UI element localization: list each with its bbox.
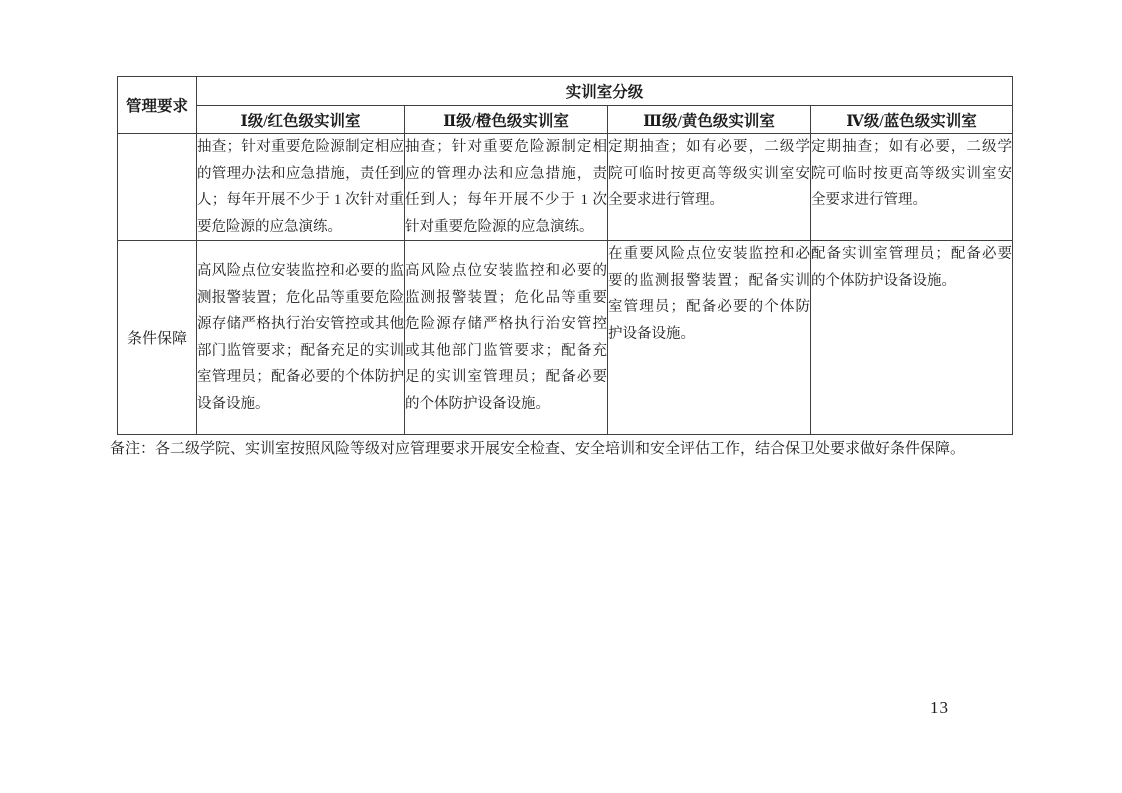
header-row-columns: Ⅰ级/红色级实训室 Ⅱ级/橙色级实训室 Ⅲ级/黄色级实训室 Ⅳ级/蓝色级实训室 [118, 106, 1013, 134]
cell-condition-grade-4: 配备实训室管理员；配备必要的个体防护设备设施。 [811, 241, 1013, 435]
training-room-grading-table: 管理要求 实训室分级 Ⅰ级/红色级实训室 Ⅱ级/橙色级实训室 Ⅲ级/黄色级实训室… [117, 76, 1013, 435]
cell-inspection-grade-4: 定期抽查；如有必要，二级学院可临时按更高等级实训室安全要求进行管理。 [811, 134, 1013, 241]
cell-inspection-grade-3: 定期抽查；如有必要，二级学院可临时按更高等级实训室安全要求进行管理。 [608, 134, 811, 241]
table-row-condition-support: 条件保障 高风险点位安装监控和必要的监测报警装置；危化品等重要危险源存储严格执行… [118, 241, 1013, 435]
header-row-group: 管理要求 实训室分级 [118, 77, 1013, 106]
corner-header-management-requirements: 管理要求 [118, 77, 197, 134]
table-row-inspection: 抽查；针对重要危险源制定相应的管理办法和应急措施，责任到人；每年开展不少于 1 … [118, 134, 1013, 241]
column-header-grade-3-yellow: Ⅲ级/黄色级实训室 [608, 106, 811, 134]
cell-condition-grade-2: 高风险点位安装监控和必要的监测报警装置；危化品等重要危险源存储严格执行治安管控或… [405, 241, 608, 435]
footnote-remark: 备注：各二级学院、实训室按照风险等级对应管理要求开展安全检查、安全培训和安全评估… [110, 437, 1022, 461]
cell-inspection-grade-1: 抽查；针对重要危险源制定相应的管理办法和应急措施，责任到人；每年开展不少于 1 … [197, 134, 405, 241]
page-number: 13 [930, 698, 949, 718]
column-header-grade-1-red: Ⅰ级/红色级实训室 [197, 106, 405, 134]
row-label-empty [118, 134, 197, 241]
cell-inspection-grade-2: 抽查；针对重要危险源制定相应的管理办法和应急措施，责任到人；每年开展不少于 1 … [405, 134, 608, 241]
group-header-training-room-grades: 实训室分级 [197, 77, 1013, 106]
document-page: 管理要求 实训室分级 Ⅰ级/红色级实训室 Ⅱ级/橙色级实训室 Ⅲ级/黄色级实训室… [0, 0, 1122, 793]
cell-condition-grade-3: 在重要风险点位安装监控和必要的监测报警装置；配备实训室管理员；配备必要的个体防护… [608, 241, 811, 435]
column-header-grade-4-blue: Ⅳ级/蓝色级实训室 [811, 106, 1013, 134]
column-header-grade-2-orange: Ⅱ级/橙色级实训室 [405, 106, 608, 134]
cell-condition-grade-1: 高风险点位安装监控和必要的监测报警装置；危化品等重要危险源存储严格执行治安管控或… [197, 241, 405, 435]
row-label-condition-support: 条件保障 [118, 241, 197, 435]
